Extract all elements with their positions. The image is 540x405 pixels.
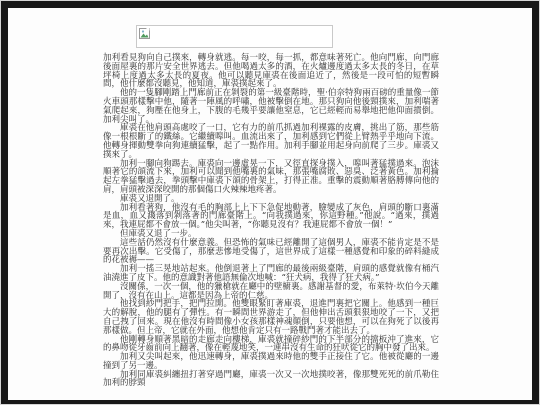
paragraph: 這些話仍然沒有什麼意義。但恐怖的氣味已經離開了這個男人，庫裘不能肯定是不是要再次… (103, 239, 439, 265)
paragraph: 他找到紗門把手，把門拉開。他雙眼緊盯著庫裘，退進門裏把它關上。他感到一種巨大的解… (103, 300, 439, 335)
paragraph: 他的一隻腳剛踏上門廊前正在剝裂的第一級臺階時，聖·伯奈特狗兩百磅的重量像一節火車… (103, 89, 439, 124)
paragraph: 加利看見狗向自己撲來，轉身就逃。每一咬，每一抓，都意味著死亡。他向門廊，向門廊後… (103, 54, 439, 89)
document-text: 加利看見狗向自己撲來，轉身就逃。每一咬，每一抓，都意味著死亡。他向門廊，向門廊後… (103, 54, 439, 388)
paragraph: 他剛轉身順著黑暗的走廊走向樓梯，庫裘就撞碎紗門的下半部分的擋板沖了進來，它的鼻吻… (103, 336, 439, 354)
page-frame: 加利看見狗向自己撲來，轉身就逃。每一咬，每一抓，都意味著死亡。他向門廊，向門廊後… (1, 1, 539, 404)
broken-image-icon (139, 28, 150, 39)
paragraph: 加利看著狗，他沒有毛的胸部上上下下急促地動著，臉變成了灰色，肩頭的斷口裏滿是血，… (103, 204, 439, 230)
page-content: 加利看見狗向自己撲來，轉身就逃。每一咬，每一抓，都意味著死亡。他向門廊，向門廊後… (103, 25, 439, 388)
paragraph: 加利又尖叫起來，他迅速轉身，庫裘撲過來時他的雙手正接住了它。他被從廳的一邊撞到了… (103, 353, 439, 371)
paragraph: 沒關係，一次一個，他的獵槍就在廳中的壁櫥裏。感謝基督的愛，布萊特·坎伯今天離開了… (103, 283, 439, 301)
broken-image-placeholder (136, 25, 333, 48)
paragraph: 加利一搖三晃地站起來。他倒退著上了門廊的最後兩級臺階，肩頭的感覺就像有桶汽油澆進… (103, 265, 439, 283)
paragraph: 庫裘在他肩頭高處咬了一口，它有力的前爪抓過加利裸露的皮膚，挑出了筋，那些筋像一根… (103, 124, 439, 159)
paragraph: 加利同庫裘糾纏扭打著穿過門廳，庫裘一次又一次地撲咬著，像那雙死死的前爪勒住加利的… (103, 371, 439, 389)
paragraph: 加利一腳向狗踢去。庫裘向一邊虛晃一下，又徑直探身撲入，嗥叫著猛撲過來。泡沫順著它… (103, 160, 439, 195)
